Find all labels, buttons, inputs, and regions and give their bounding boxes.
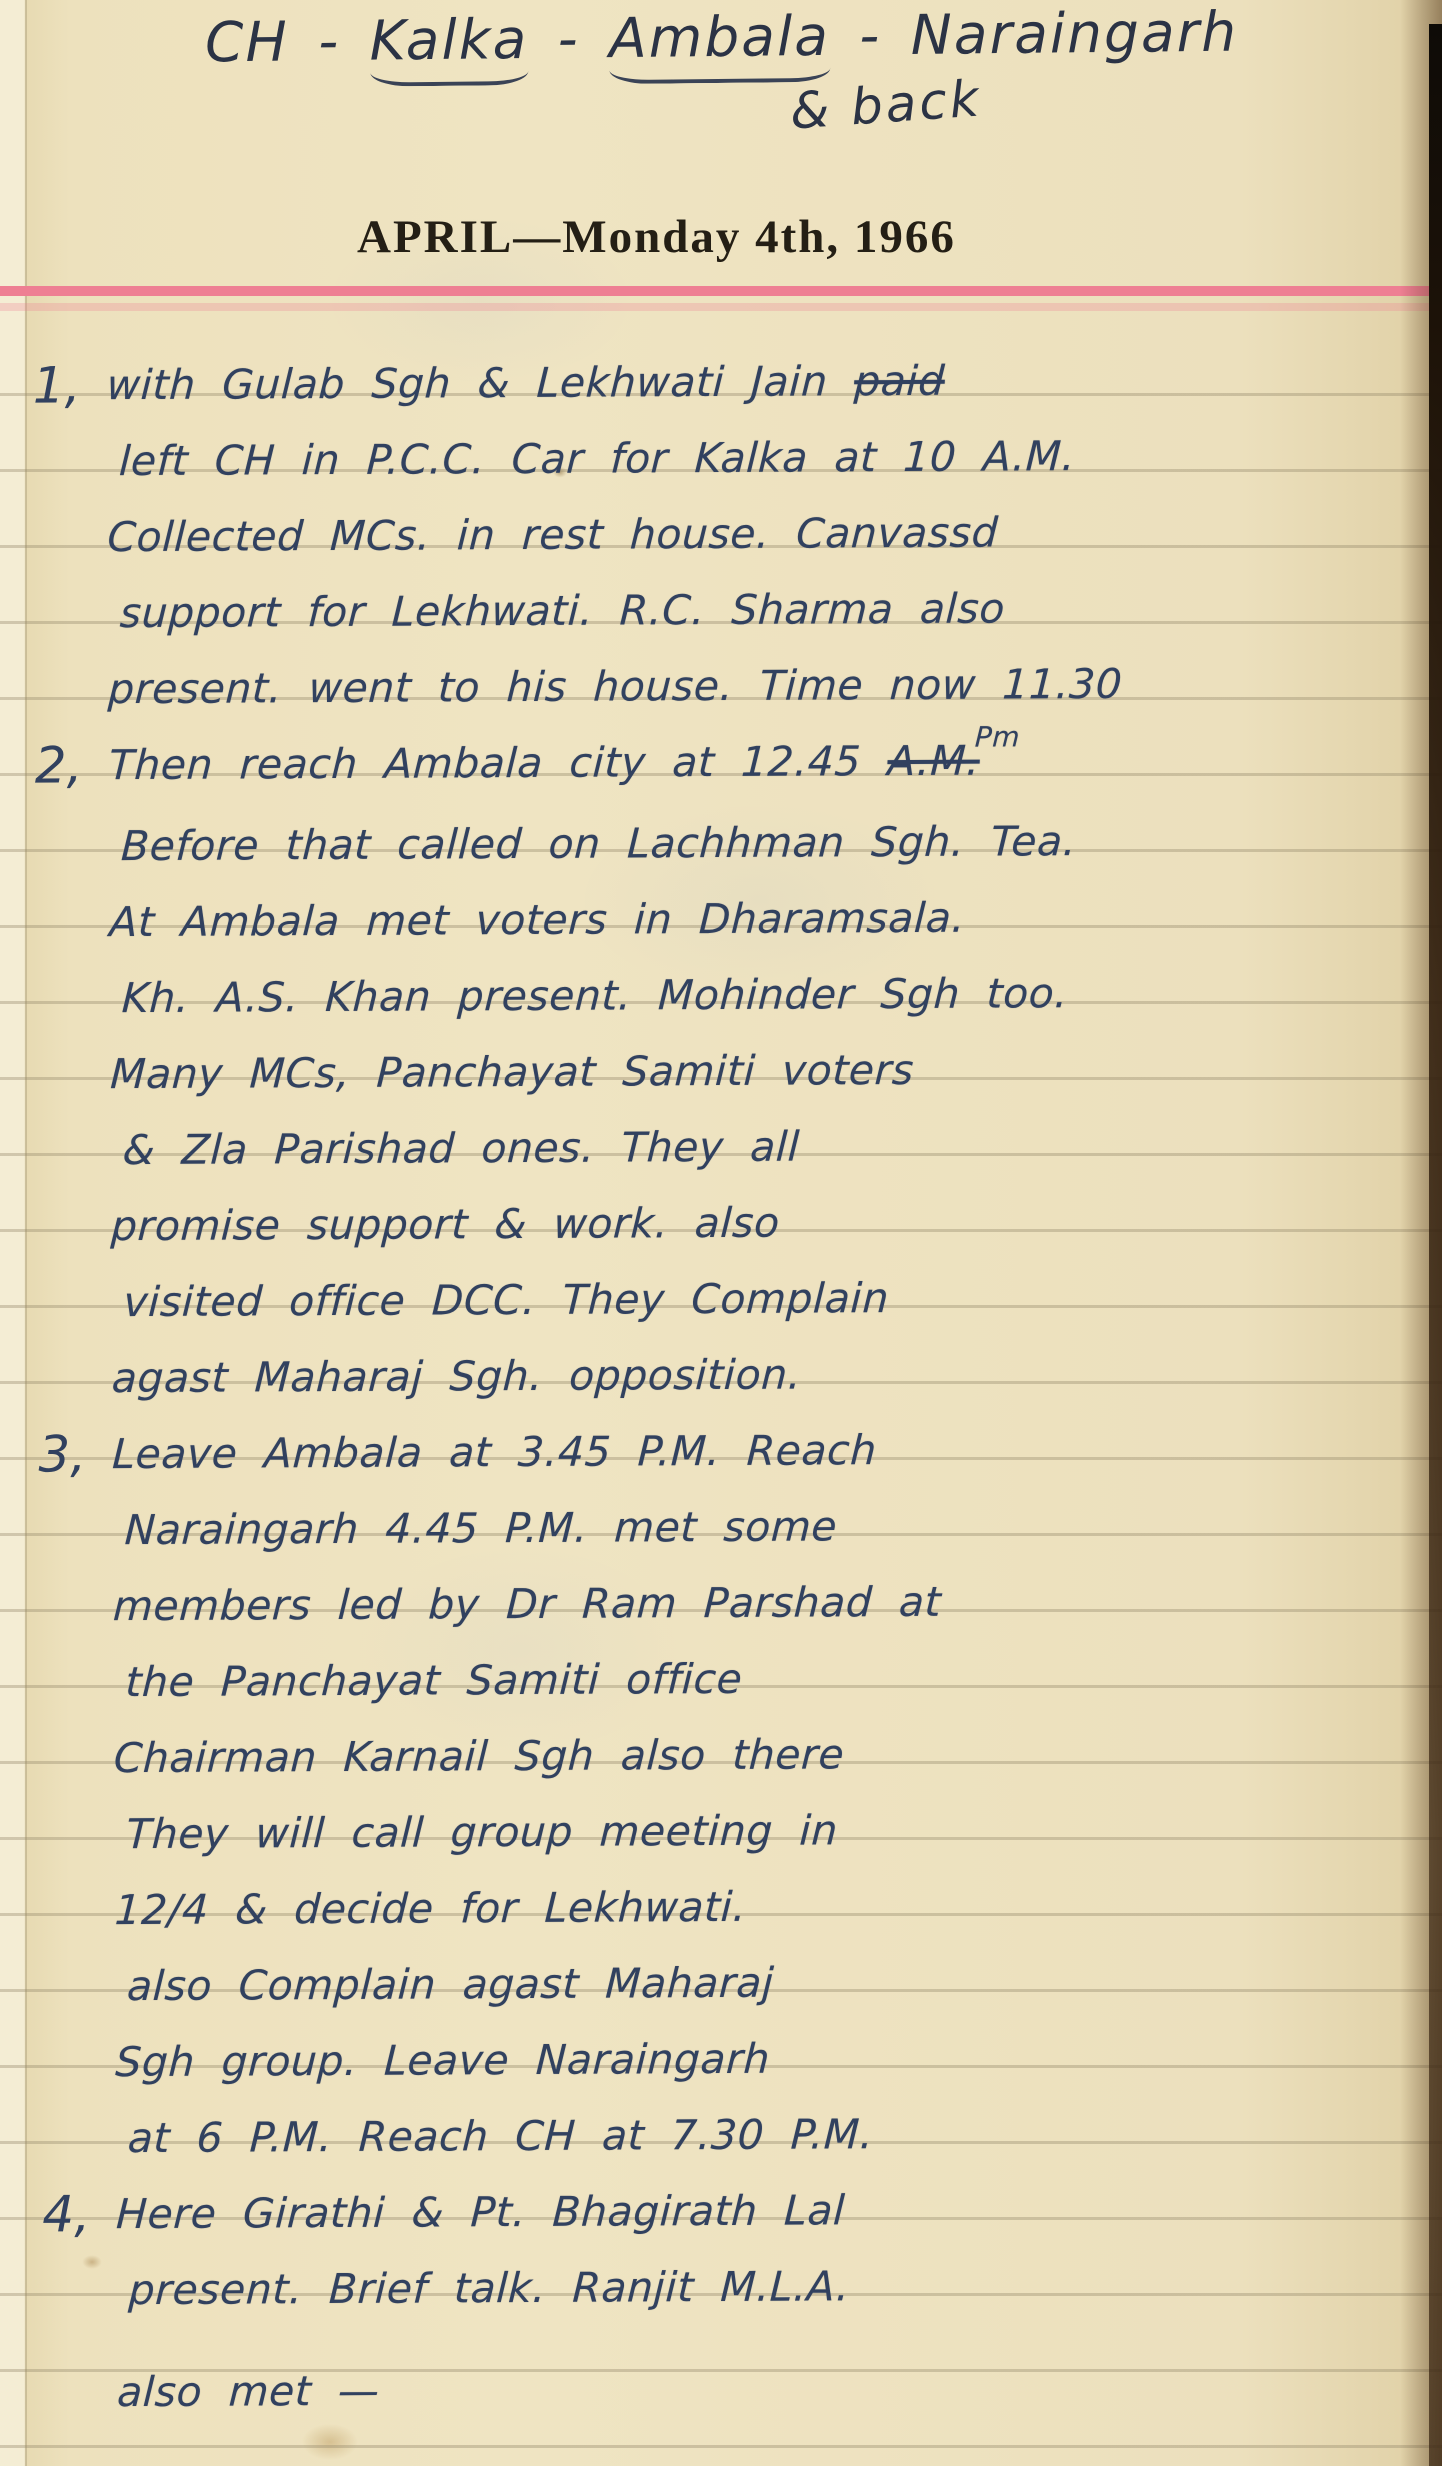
- handwritten-text: visited office DCC. They Complain: [122, 1274, 890, 1326]
- handwritten-text: support for Lekhwati. R.C. Sharma also: [119, 584, 1006, 637]
- handwritten-text: present. Brief talk. Ranjit M.L.A.: [128, 2262, 851, 2314]
- handwritten-line: At Ambala met voters in Dharamsala.: [108, 877, 1434, 960]
- handwritten-line: also met —: [115, 2347, 1441, 2430]
- handwritten-text: & Zla Parishad ones. They all: [122, 1123, 801, 1175]
- handwritten-line: with Gulab Sgh & Lekhwati Jain paid: [105, 340, 1431, 423]
- handwritten-text: They will call group meeting in: [125, 1806, 839, 1858]
- handwritten-line: Chairman Karnail Sgh also there: [112, 1713, 1438, 1796]
- entry-number: 1,: [0, 347, 107, 424]
- handwritten-text: Collected MCs. in rest house. Canvassd: [106, 509, 999, 562]
- route-line: CH - Kalka - Ambala - Naraingarh: [205, 0, 1426, 74]
- handwritten-line: Before that called on Lachhman Sgh. Tea.: [119, 801, 1433, 884]
- handwritten-line: visited office DCC. They Complain: [122, 1257, 1436, 1340]
- route-place-underlined: Kalka: [369, 7, 528, 87]
- handwritten-text: Many MCs, Panchayat Samiti voters: [109, 1046, 915, 1098]
- handwritten-text: present. went to his house. Time now 11.…: [107, 660, 1123, 713]
- struck-text: paid: [853, 357, 946, 405]
- route-text: - Naraingarh: [830, 0, 1239, 68]
- handwritten-text: with Gulab Sgh & Lekhwati Jain: [106, 357, 856, 409]
- entry-number: 2,: [0, 727, 109, 804]
- handwritten-line: also Complain agast Maharaj: [125, 1941, 1439, 2024]
- entry-number: 3,: [0, 1416, 112, 1493]
- handwritten-line: present. Brief talk. Ranjit M.L.A.: [127, 2245, 1441, 2328]
- handwritten-text: 12/4 & decide for Lekhwati.: [114, 1883, 748, 1934]
- handwritten-text: promise support & work. also: [110, 1199, 781, 1251]
- handwritten-line: at 6 P.M. Reach CH at 7.30 P.M.: [126, 2093, 1440, 2176]
- handwritten-text: Before that called on Lachhman Sgh. Tea.: [120, 817, 1077, 870]
- handwritten-text: Then reach Ambala city at 12.45: [108, 737, 889, 789]
- diary-entry: 3,Leave Ambala at 3.45 P.M. ReachNaraing…: [0, 1409, 1438, 2176]
- handwritten-text: also Complain agast Maharaj: [126, 1959, 775, 2010]
- route-text: CH -: [205, 9, 370, 75]
- handwritten-line: agast Maharaj Sgh. opposition.: [110, 1333, 1436, 1416]
- handwritten-line: Then reach Ambala city at 12.45 A.M.Pm: [107, 720, 1433, 808]
- diary-entry: 1,with Gulab Sgh & Lekhwati Jain paidlef…: [0, 340, 1431, 728]
- handwritten-line: Sgh group. Leave Naraingarh: [114, 2017, 1440, 2100]
- route-back-note: & back: [788, 69, 983, 140]
- red-rule-echo: [0, 303, 1442, 311]
- handwritten-text: Naraingarh 4.45 P.M. met some: [124, 1502, 839, 1554]
- handwritten-text: At Ambala met voters in Dharamsala.: [108, 894, 966, 946]
- handwritten-line: support for Lekhwati. R.C. Sharma also: [118, 568, 1432, 651]
- route-place-underlined: Ambala: [609, 4, 831, 84]
- route-text: -: [528, 6, 609, 71]
- diary-page: { "colors": { "paper": "#ece0bd", "ink":…: [0, 0, 1442, 2466]
- handwritten-line: left CH in P.C.C. Car for Kalka at 10 A.…: [117, 416, 1431, 499]
- handwritten-text: Chairman Karnail Sgh also there: [113, 1730, 846, 1782]
- handwritten-text: Here Girathi & Pt. Bhagirath Lal: [115, 2186, 846, 2238]
- handwritten-text: also met —: [116, 2367, 381, 2416]
- handwritten-line: Kh. A.S. Khan present. Mohinder Sgh too.: [120, 953, 1434, 1036]
- handwritten-line: the Panchayat Samiti office: [124, 1637, 1438, 1720]
- handwritten-line: Many MCs, Panchayat Samiti voters: [109, 1029, 1435, 1112]
- handwritten-line: Naraingarh 4.45 P.M. met some: [123, 1485, 1437, 1568]
- handwritten-text: at 6 P.M. Reach CH at 7.30 P.M.: [127, 2110, 875, 2162]
- handwritten-line: They will call group meeting in: [125, 1789, 1439, 1872]
- handwritten-text: Kh. A.S. Khan present. Mohinder Sgh too.: [121, 969, 1069, 1022]
- handwritten-text: left CH in P.C.C. Car for Kalka at 10 A.…: [118, 432, 1076, 485]
- handwritten-line: Leave Ambala at 3.45 P.M. Reach: [111, 1409, 1437, 1492]
- entry-number: 4,: [4, 2176, 116, 2253]
- date-header: APRIL—Monday 4th, 1966: [357, 210, 956, 264]
- handwritten-line: Here Girathi & Pt. Bhagirath Lal: [115, 2169, 1441, 2252]
- handwritten-text: Sgh group. Leave Naraingarh: [114, 2035, 771, 2086]
- struck-text: A.M.: [886, 737, 981, 785]
- diary-entry: 4,Here Girathi & Pt. Bhagirath Lalpresen…: [4, 2169, 1439, 2431]
- handwritten-line: members led by Dr Ram Parshad at: [111, 1561, 1437, 1644]
- handwritten-line: Collected MCs. in rest house. Canvassd: [106, 492, 1432, 575]
- superscript-correction: Pm: [974, 720, 1021, 753]
- book-spine-bar: [1429, 24, 1442, 2466]
- diary-entry: 2,Then reach Ambala city at 12.45 A.M.Pm…: [0, 720, 1434, 1416]
- handwritten-text: members led by Dr Ram Parshad at: [112, 1578, 942, 1630]
- handwritten-text: the Panchayat Samiti office: [124, 1655, 743, 1706]
- red-rule: [0, 286, 1442, 296]
- handwritten-line: 12/4 & decide for Lekhwati.: [113, 1865, 1439, 1948]
- handwritten-line: present. went to his house. Time now 11.…: [107, 644, 1433, 727]
- handwritten-text: Leave Ambala at 3.45 P.M. Reach: [111, 1426, 878, 1478]
- handwritten-line: promise support & work. also: [109, 1181, 1435, 1264]
- entries-container: 1,with Gulab Sgh & Lekhwati Jain paidlef…: [0, 340, 1439, 2430]
- handwritten-line: & Zla Parishad ones. They all: [121, 1105, 1435, 1188]
- handwritten-text: agast Maharaj Sgh. opposition.: [111, 1351, 803, 1403]
- route-header: CH - Kalka - Ambala - Naraingarh & back: [205, 4, 1425, 68]
